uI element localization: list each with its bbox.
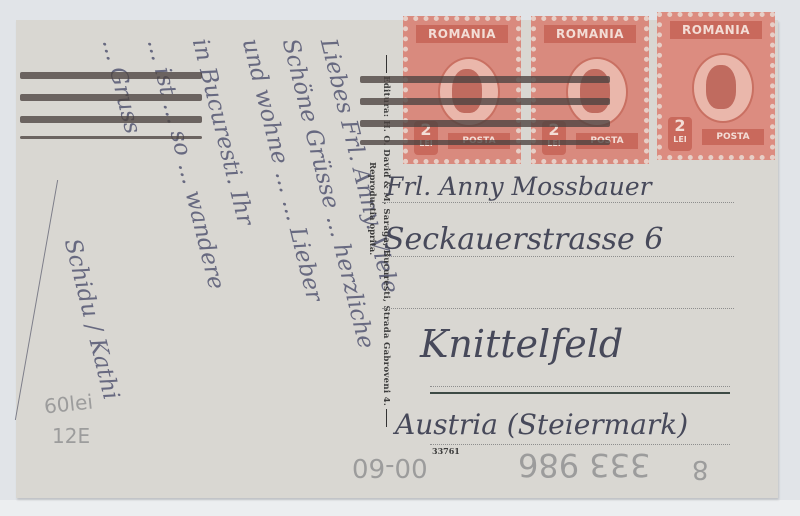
stamp: ROMANIA 2LEI POSTA (657, 12, 775, 160)
stamp-country: ROMANIA (544, 25, 636, 43)
table-surface (0, 500, 800, 516)
stamp-country: ROMANIA (670, 21, 762, 39)
address-line-3 (382, 308, 734, 309)
pencil-code: 12E (52, 424, 90, 448)
recipient-country: Austria (Steiermark) (395, 408, 688, 441)
recipient-street: Seckauerstrasse 6 (384, 222, 663, 257)
address-line-5 (430, 444, 730, 445)
stamp-value: 2LEI (668, 117, 692, 151)
pencil-note-right: 8 (692, 454, 709, 484)
portrait-head-icon (706, 65, 736, 109)
stamp-country: ROMANIA (416, 25, 508, 43)
recipient-name: Frl. Anny Mossbauer (386, 172, 652, 201)
recipient-city: Knittelfeld (420, 322, 623, 366)
pencil-note-left: 00-60 (352, 452, 428, 482)
address-line-1 (382, 202, 734, 203)
publisher-imprint: Editura: H. O. David & M. Saraga, Bucure… (355, 52, 391, 472)
address-underline (430, 392, 730, 394)
stamp-label: POSTA (702, 129, 764, 145)
card-serial-number: 33761 (432, 446, 460, 456)
pencil-inventory-number: 333 986 (518, 446, 650, 484)
address-line-4 (430, 386, 730, 387)
pencil-price: 60lei (43, 390, 94, 419)
imprint-line2: Reproductia oprita. (367, 52, 377, 472)
